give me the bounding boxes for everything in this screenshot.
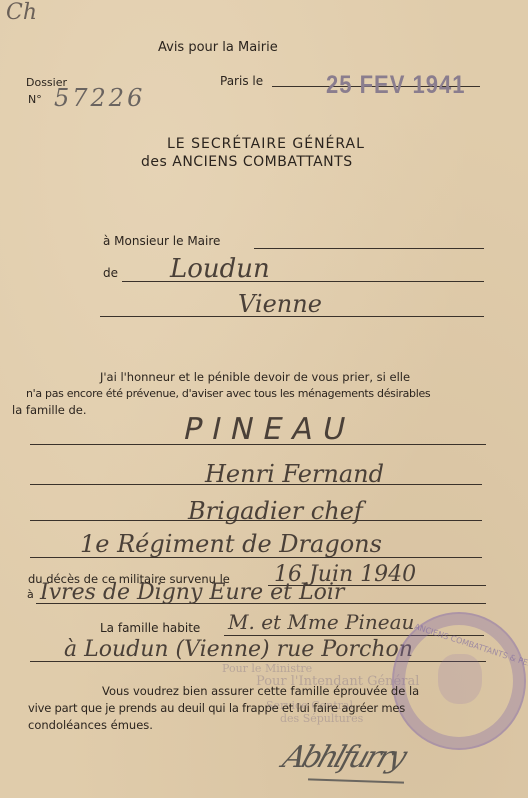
date-stamp: 25 FEV 1941 bbox=[326, 70, 465, 100]
surname-value[interactable]: PINEAU bbox=[180, 412, 358, 447]
recipient-line bbox=[254, 248, 484, 249]
commune-value[interactable]: Loudun bbox=[170, 254, 270, 284]
adresse-line1-value[interactable]: M. et Mme Pineau bbox=[228, 610, 414, 634]
surname-line bbox=[30, 444, 486, 445]
regiment-value[interactable]: 1e Régiment de Dragons bbox=[80, 530, 382, 558]
lieu-deces-value[interactable]: Ivres de Digny Eure et Loir bbox=[40, 580, 344, 605]
corner-note: Ch bbox=[6, 0, 37, 25]
paris-le-label: Paris le bbox=[220, 74, 263, 88]
adresse-line2-value[interactable]: à Loudun (Vienne) rue Porchon bbox=[64, 637, 413, 662]
paragraph1-line3: la famille de. bbox=[12, 403, 87, 417]
recipient-label: à Monsieur le Maire bbox=[103, 234, 220, 248]
stamp-emblem-icon bbox=[438, 654, 482, 704]
avis-heading: Avis pour la Mairie bbox=[158, 40, 278, 55]
paragraph2-line2: vive part que je prends au deuil qui la … bbox=[28, 701, 405, 715]
famille-label: La famille habite bbox=[100, 621, 200, 635]
departement-value[interactable]: Vienne bbox=[238, 290, 322, 318]
de-label: de bbox=[103, 266, 118, 280]
numero-label: N° bbox=[28, 93, 42, 106]
regiment-line bbox=[30, 557, 482, 558]
official-circular-stamp: ANCIENS COMBATTANTS & PENSIONS bbox=[392, 612, 526, 750]
given-names-line bbox=[30, 484, 482, 485]
paragraph2-line1: Vous voudrez bien assurer cette famille … bbox=[102, 684, 419, 698]
dossier-number: 57226 bbox=[54, 84, 145, 112]
a-label: à bbox=[27, 588, 34, 601]
paragraph1-line1: J'ai l'honneur et le pénible devoir de v… bbox=[100, 370, 410, 384]
paragraph1-line2: n'a pas encore été prévenue, d'aviser av… bbox=[26, 387, 430, 400]
title-line2: des ANCIENS COMBATTANTS bbox=[141, 154, 353, 170]
signature: Abhlfurry bbox=[278, 740, 408, 775]
paragraph2-line3: condoléances émues. bbox=[28, 718, 153, 732]
title-line1: LE SECRÉTAIRE GÉNÉRAL bbox=[167, 136, 365, 152]
rank-line bbox=[30, 520, 482, 521]
